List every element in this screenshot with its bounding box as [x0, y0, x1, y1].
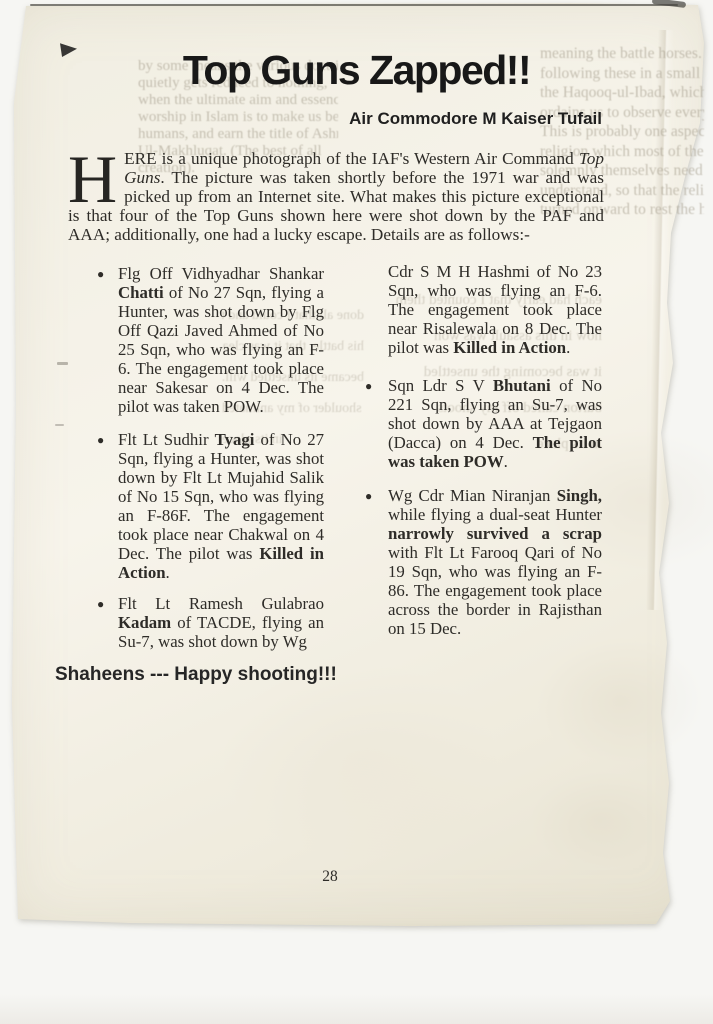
text-segment: Flg Off Vidhyadhar Shankar: [118, 264, 324, 283]
article-title: Top Guns Zapped!!: [0, 48, 713, 93]
text-segment: Sqn Ldr S V: [388, 376, 493, 395]
bullet-dot: ●: [365, 487, 372, 506]
text-segment: Flt Lt Ramesh Gulabrao: [118, 594, 324, 613]
bullet-text: Flt Lt Ramesh Gulabrao Kadam of TACDE, f…: [118, 594, 324, 651]
bullet-item-chatti: ● Flg Off Vidhyadhar Shankar Chatti of N…: [95, 264, 324, 416]
text-segment: narrowly survived a scrap: [388, 524, 602, 543]
bullet-dot: ●: [97, 431, 104, 450]
bullet-item-tyagi: ● Flt Lt Sudhir Tyagi of No 27 Sqn, flyi…: [95, 430, 324, 582]
text-segment: Killed in Action: [453, 338, 566, 357]
text-segment: Bhutani: [493, 376, 551, 395]
text-segment: Kadam: [118, 613, 171, 632]
text-segment: while flying a dual-seat Hunter: [388, 505, 602, 524]
text-segment: with Flt Lt Farooq Qari of No 19 Sqn, wh…: [388, 543, 602, 638]
text-segment: Chatti: [118, 283, 164, 302]
text-segment: Singh,: [557, 486, 602, 505]
bullet-text: Flt Lt Sudhir Tyagi of No 27 Sqn, flying…: [118, 430, 324, 582]
text-segment: Wg Cdr Mian Niranjan: [388, 486, 557, 505]
bullet-dot: ●: [97, 595, 104, 614]
text-segment: .: [566, 338, 570, 357]
bullet-text: Wg Cdr Mian Niranjan Singh, while flying…: [388, 486, 602, 638]
text-segment: .: [504, 452, 508, 471]
text-segment: Flt Lt Sudhir: [118, 430, 215, 449]
article-byline: Air Commodore M Kaiser Tufail: [340, 109, 602, 129]
intro-paragraph: HERE is a unique photograph of the IAF's…: [68, 149, 604, 244]
article: Top Guns Zapped!! Air Commodore M Kaiser…: [0, 0, 713, 1024]
bullet-text: Flg Off Vidhyadhar Shankar Chatti of No …: [118, 264, 324, 416]
text-segment: of No 27 Sqn, flying a Hunter, was shot …: [118, 283, 324, 416]
paragraph-text: Cdr S M H Hashmi of No 23 Sqn, who was f…: [388, 262, 602, 357]
bullet-dot: ●: [365, 377, 372, 396]
bullet-text: Sqn Ldr S V Bhutani of No 221 Sqn, flyin…: [388, 376, 602, 471]
closing-line: Shaheens --- Happy shooting!!!: [55, 664, 337, 686]
bullet-dot: ●: [97, 265, 104, 284]
intro-text: ERE is a unique photograph of the IAF's …: [68, 149, 604, 244]
bullet-item-kadam: ● Flt Lt Ramesh Gulabrao Kadam of TACDE,…: [95, 594, 324, 651]
continuation-paragraph-hashmi: Cdr S M H Hashmi of No 23 Sqn, who was f…: [363, 262, 602, 357]
text-segment: .: [166, 563, 170, 582]
page-number: 28: [300, 868, 360, 886]
bullet-item-singh: ● Wg Cdr Mian Niranjan Singh, while flyi…: [363, 486, 602, 638]
text-segment: Tyagi: [215, 430, 255, 449]
bullet-item-bhutani: ● Sqn Ldr S V Bhutani of No 221 Sqn, fly…: [363, 376, 602, 471]
text-segment: ERE is a unique photograph of the IAF's …: [124, 149, 579, 168]
drop-cap: H: [68, 149, 124, 206]
